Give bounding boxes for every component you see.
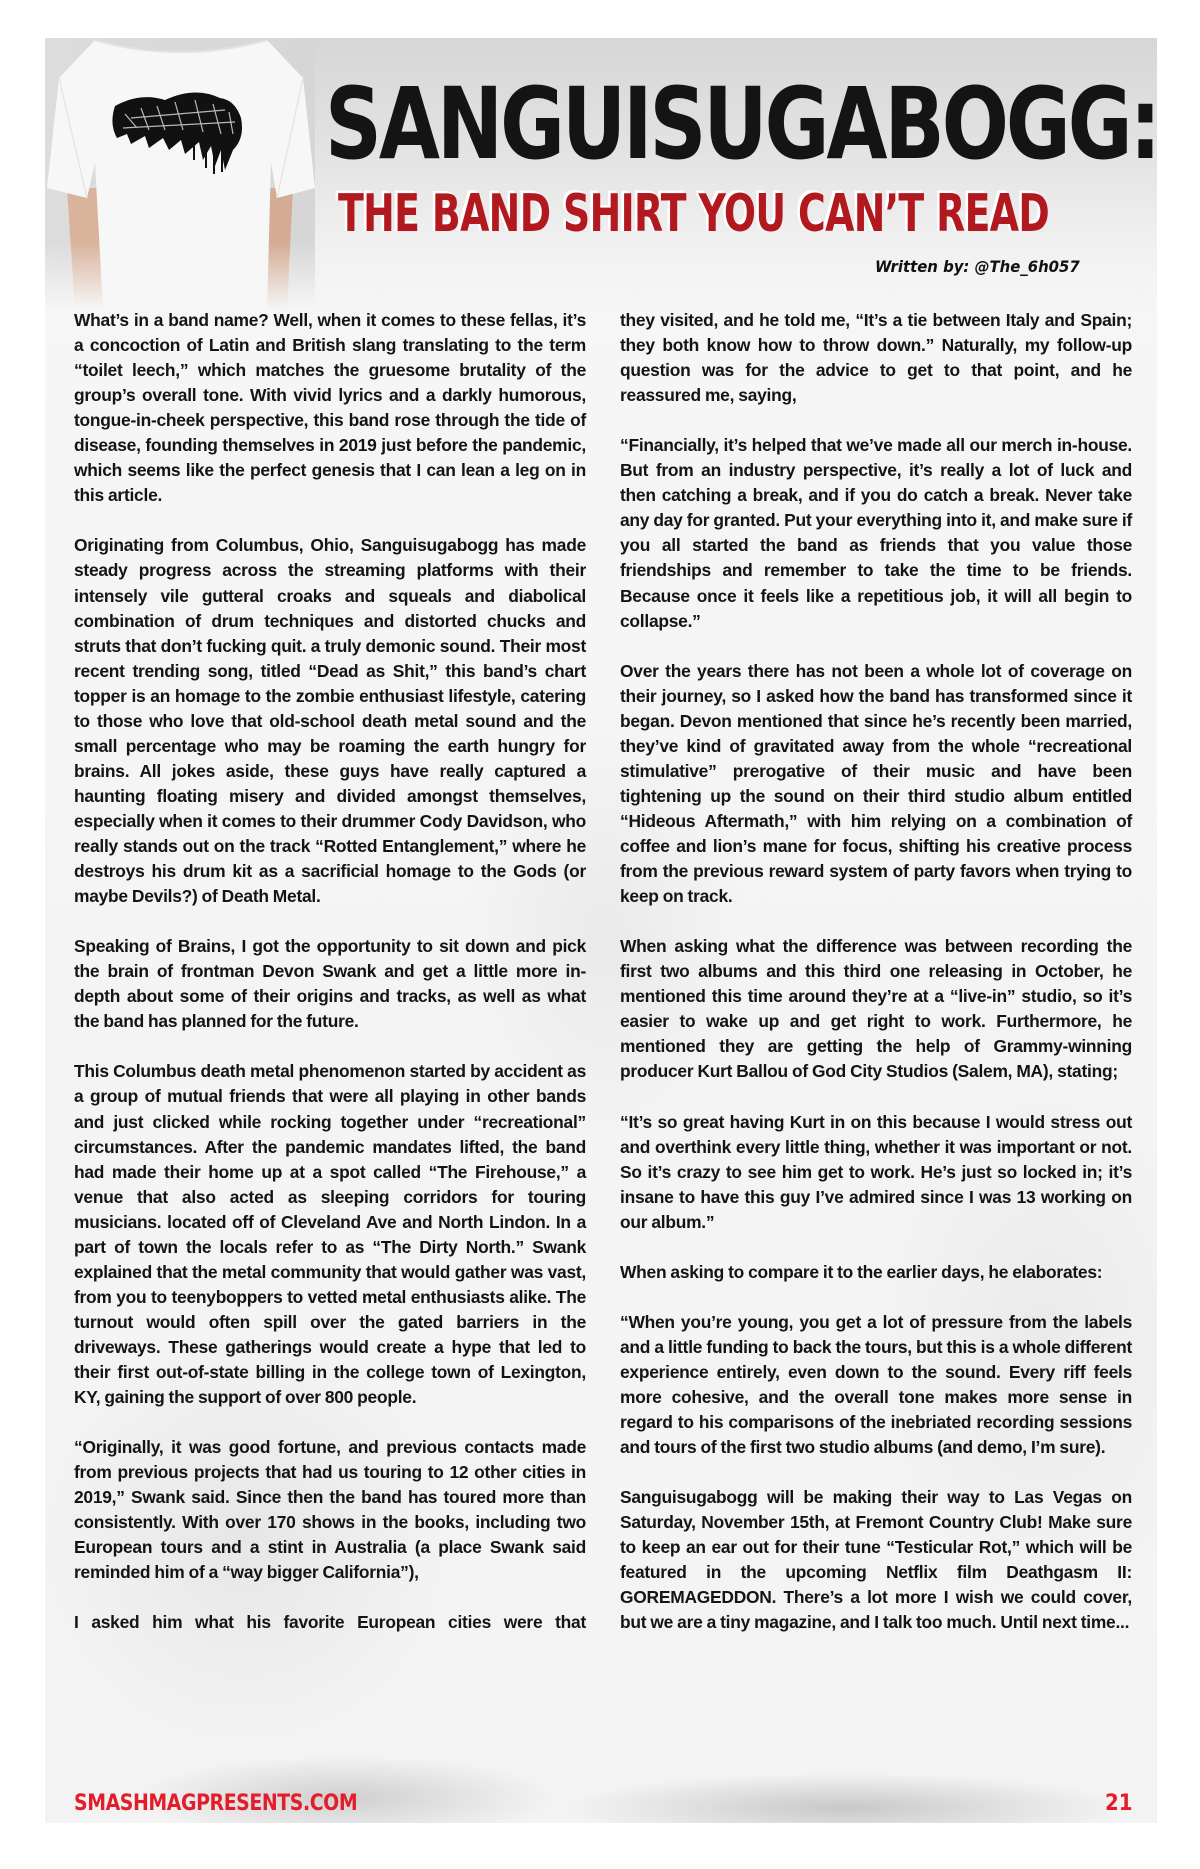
article-subtitle: THE BAND SHIRT YOU CAN’T READ	[338, 188, 1049, 240]
paragraph: “It’s so great having Kurt in on this be…	[620, 1110, 1132, 1235]
paragraph: Originating from Columbus, Ohio, Sanguis…	[74, 533, 586, 909]
author-handle: @The_6h057	[975, 257, 1080, 276]
paragraph: “When you’re young, you get a lot of pre…	[620, 1310, 1132, 1460]
article-column-right: they visited, and he told me, “It’s a ti…	[620, 308, 1132, 1635]
paragraph: This Columbus death metal phenomenon sta…	[74, 1059, 586, 1410]
article-title: SANGUISUGABOGG:	[325, 78, 928, 171]
paragraph: “Financially, it’s helped that we’ve mad…	[620, 433, 1132, 633]
article-header: SANGUISUGABOGG: THE BAND SHIRT YOU CAN’T…	[45, 38, 1157, 310]
band-shirt-photo	[45, 38, 315, 310]
paragraph: Over the years there has not been a whol…	[620, 659, 1132, 909]
magazine-page: SANGUISUGABOGG: THE BAND SHIRT YOU CAN’T…	[45, 38, 1157, 1823]
byline-label: Written by:	[875, 257, 969, 276]
paragraph: What’s in a band name? Well, when it com…	[74, 308, 586, 508]
paragraph: When asking what the difference was betw…	[620, 934, 1132, 1084]
paragraph: “Originally, it was good fortune, and pr…	[74, 1435, 586, 1585]
paragraph: Sanguisugabogg will be making their way …	[620, 1485, 1132, 1635]
byline: Written by: @The_6h057	[875, 258, 1080, 276]
page-number: 21	[1105, 1793, 1133, 1815]
paragraph: they visited, and he told me, “It’s a ti…	[620, 308, 1132, 408]
paragraph: Speaking of Brains, I got the opportunit…	[74, 934, 586, 1034]
article-column-left: What’s in a band name? Well, when it com…	[74, 308, 586, 1635]
footer-website-link[interactable]: SMASHMAGPRESENTS.COM	[74, 1793, 357, 1815]
paragraph: When asking to compare it to the earlier…	[620, 1260, 1132, 1285]
paragraph: I asked him what his favorite European c…	[74, 1610, 586, 1635]
